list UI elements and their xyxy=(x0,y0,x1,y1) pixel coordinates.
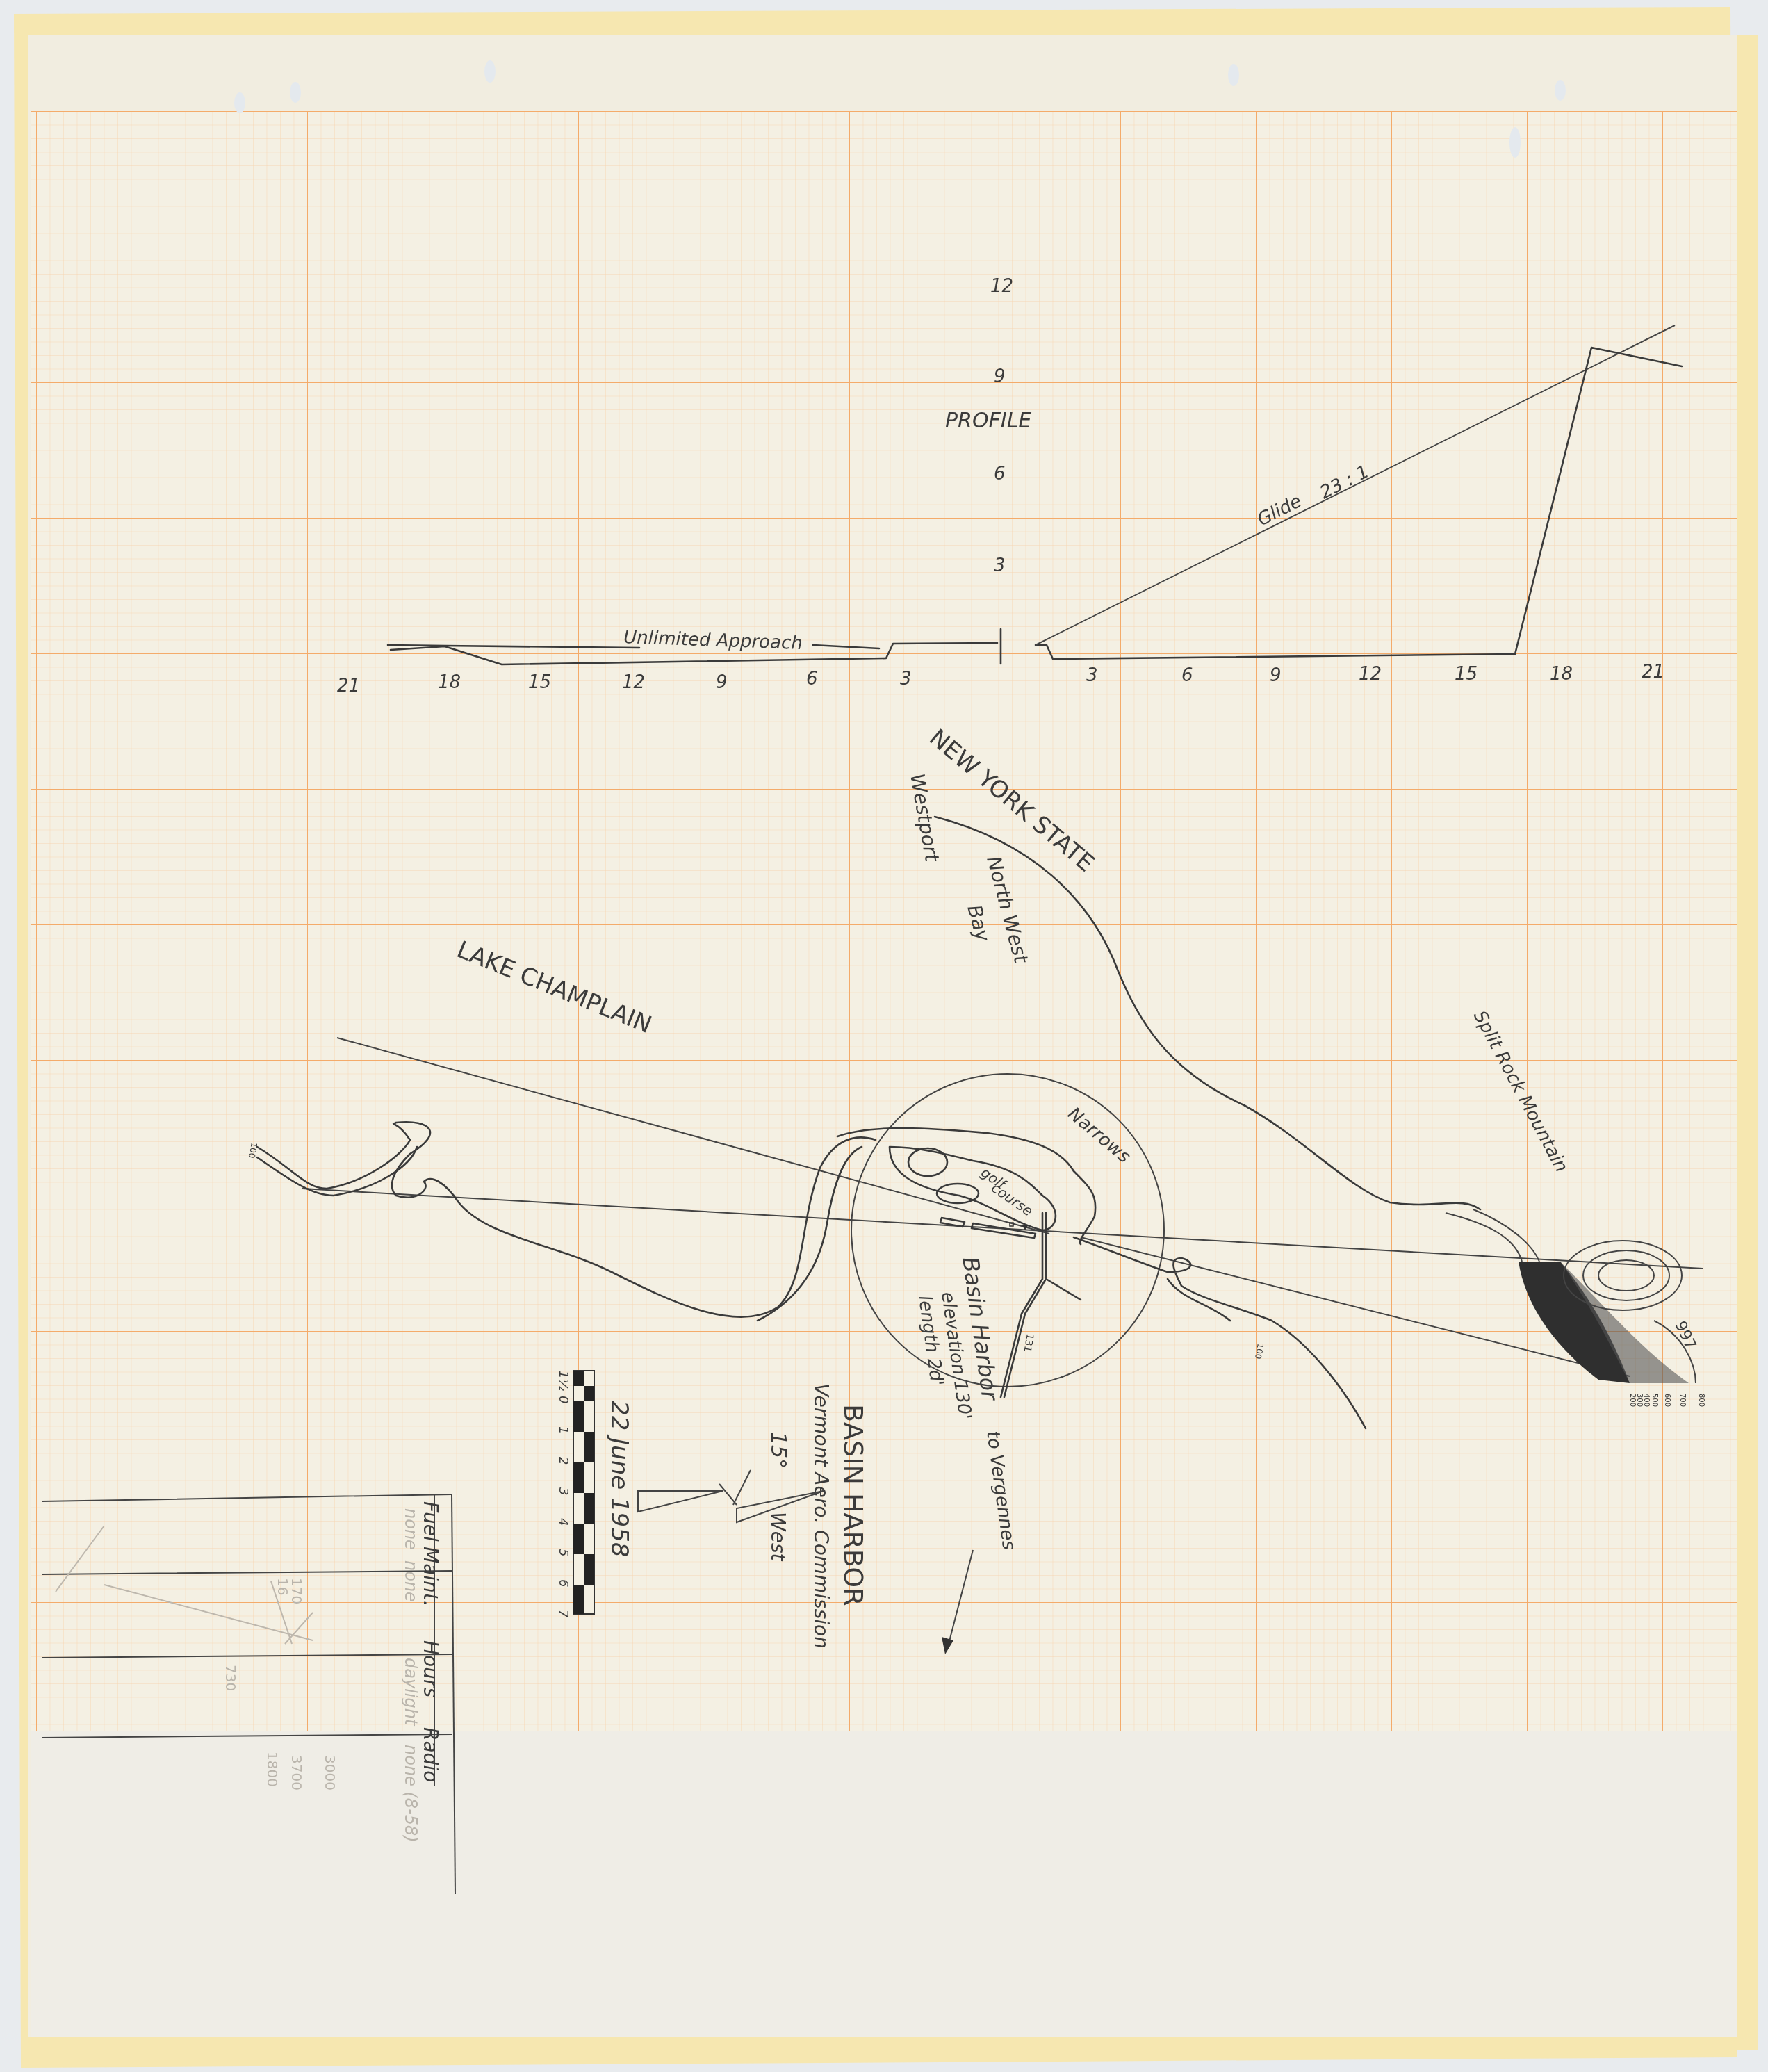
header-radio: Radio xyxy=(419,1727,442,1782)
svg-text:16: 16 xyxy=(275,1578,291,1595)
value-radio: none (8-58) xyxy=(401,1745,420,1843)
svg-text:1800: 1800 xyxy=(264,1752,281,1787)
svg-text:0: 0 xyxy=(556,1396,571,1403)
value-fuel: none xyxy=(401,1508,420,1550)
svg-text:3: 3 xyxy=(1086,665,1098,686)
chart-sheet: PROFILE 12 9 6 3 21 18 15 12 9 6 3 3 6 9… xyxy=(0,0,1768,2072)
magnetic-direction: West xyxy=(767,1512,789,1562)
svg-text:1: 1 xyxy=(556,1426,571,1434)
profile-title: PROFILE xyxy=(945,409,1031,433)
svg-text:12: 12 xyxy=(622,672,645,693)
svg-text:800: 800 xyxy=(1697,1394,1705,1407)
svg-text:15: 15 xyxy=(1455,664,1478,685)
svg-text:4: 4 xyxy=(556,1518,571,1526)
svg-text:9: 9 xyxy=(994,366,1006,387)
svg-text:15: 15 xyxy=(528,672,551,693)
svg-text:18: 18 xyxy=(1550,664,1573,685)
svg-text:18: 18 xyxy=(438,672,461,693)
svg-text:6: 6 xyxy=(1181,665,1193,686)
svg-text:3: 3 xyxy=(556,1487,571,1495)
svg-text:500: 500 xyxy=(1651,1394,1658,1407)
svg-text:12: 12 xyxy=(990,276,1013,297)
header-hours: Hours xyxy=(419,1640,442,1697)
svg-text:3700: 3700 xyxy=(288,1755,305,1790)
svg-text:6: 6 xyxy=(806,669,818,690)
svg-text:730: 730 xyxy=(222,1665,239,1691)
svg-text:9: 9 xyxy=(1270,665,1282,686)
svg-text:12: 12 xyxy=(1359,664,1382,685)
header-maint: Maint. xyxy=(419,1547,442,1607)
svg-text:21: 21 xyxy=(337,676,360,696)
svg-text:1½: 1½ xyxy=(556,1371,571,1391)
svg-text:3000: 3000 xyxy=(322,1755,338,1790)
svg-text:2: 2 xyxy=(556,1457,571,1465)
value-maint: none xyxy=(401,1560,420,1602)
subtitle: Vermont Aero. Commission xyxy=(810,1383,833,1649)
date: 22 June 1958 xyxy=(605,1401,633,1557)
value-hours: daylight xyxy=(401,1658,420,1727)
magnetic-angle: 15° xyxy=(766,1432,790,1469)
svg-text:6: 6 xyxy=(556,1579,571,1587)
svg-text:200: 200 xyxy=(1628,1394,1636,1407)
header-fuel: Fuel xyxy=(419,1501,442,1542)
svg-text:5: 5 xyxy=(556,1549,571,1556)
svg-text:21: 21 xyxy=(1642,662,1664,683)
svg-text:3: 3 xyxy=(900,669,912,690)
svg-text:6: 6 xyxy=(994,464,1006,484)
title: BASIN HARBOR xyxy=(838,1404,869,1606)
svg-text:3: 3 xyxy=(994,555,1006,576)
svg-text:7: 7 xyxy=(556,1610,571,1618)
svg-text:9: 9 xyxy=(716,672,728,693)
svg-text:600: 600 xyxy=(1663,1394,1671,1407)
svg-text:700: 700 xyxy=(1678,1394,1686,1407)
